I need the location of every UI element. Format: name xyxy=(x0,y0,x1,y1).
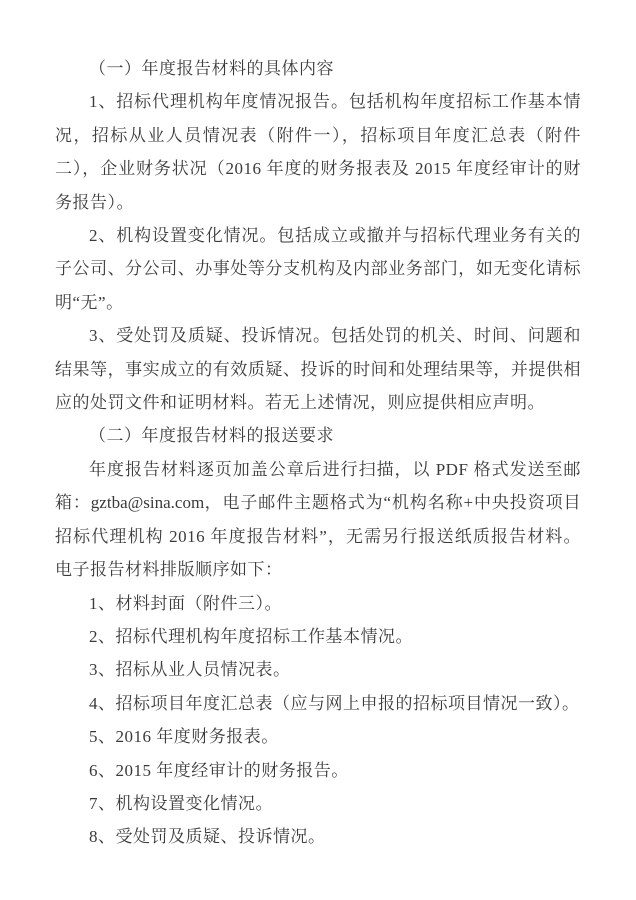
order-list-item-3: 3、招标从业人员情况表。 xyxy=(55,653,581,686)
section-1-item-1: 1、招标代理机构年度情况报告。包括机构年度招标工作基本情况，招标从业人员情况表（… xyxy=(55,85,581,219)
section-1-heading: （一）年度报告材料的具体内容 xyxy=(55,52,581,85)
order-list-item-5: 5、2016 年度财务报表。 xyxy=(55,720,581,753)
order-list-item-7: 7、机构设置变化情况。 xyxy=(55,787,581,820)
order-list-item-2: 2、招标代理机构年度招标工作基本情况。 xyxy=(55,620,581,653)
section-1-item-3: 3、受处罚及质疑、投诉情况。包括处罚的机关、时间、问题和结果等，事实成立的有效质… xyxy=(55,319,581,419)
order-list-item-6: 6、2015 年度经审计的财务报告。 xyxy=(55,754,581,787)
document-page: （一）年度报告材料的具体内容 1、招标代理机构年度情况报告。包括机构年度招标工作… xyxy=(0,0,636,900)
section-1-item-2: 2、机构设置变化情况。包括成立或撤并与招标代理业务有关的子公司、分公司、办事处等… xyxy=(55,219,581,319)
order-list-item-8: 8、受处罚及质疑、投诉情况。 xyxy=(55,820,581,853)
section-2-intro-paragraph: 年度报告材料逐页加盖公章后进行扫描，以 PDF 格式发送至邮箱：gztba@si… xyxy=(55,453,581,587)
section-2-heading: （二）年度报告材料的报送要求 xyxy=(55,419,581,452)
order-list-item-1: 1、材料封面（附件三）。 xyxy=(55,587,581,620)
order-list-item-4: 4、招标项目年度汇总表（应与网上申报的招标项目情况一致）。 xyxy=(55,687,581,720)
email-address: gztba@sina.com xyxy=(91,493,204,512)
